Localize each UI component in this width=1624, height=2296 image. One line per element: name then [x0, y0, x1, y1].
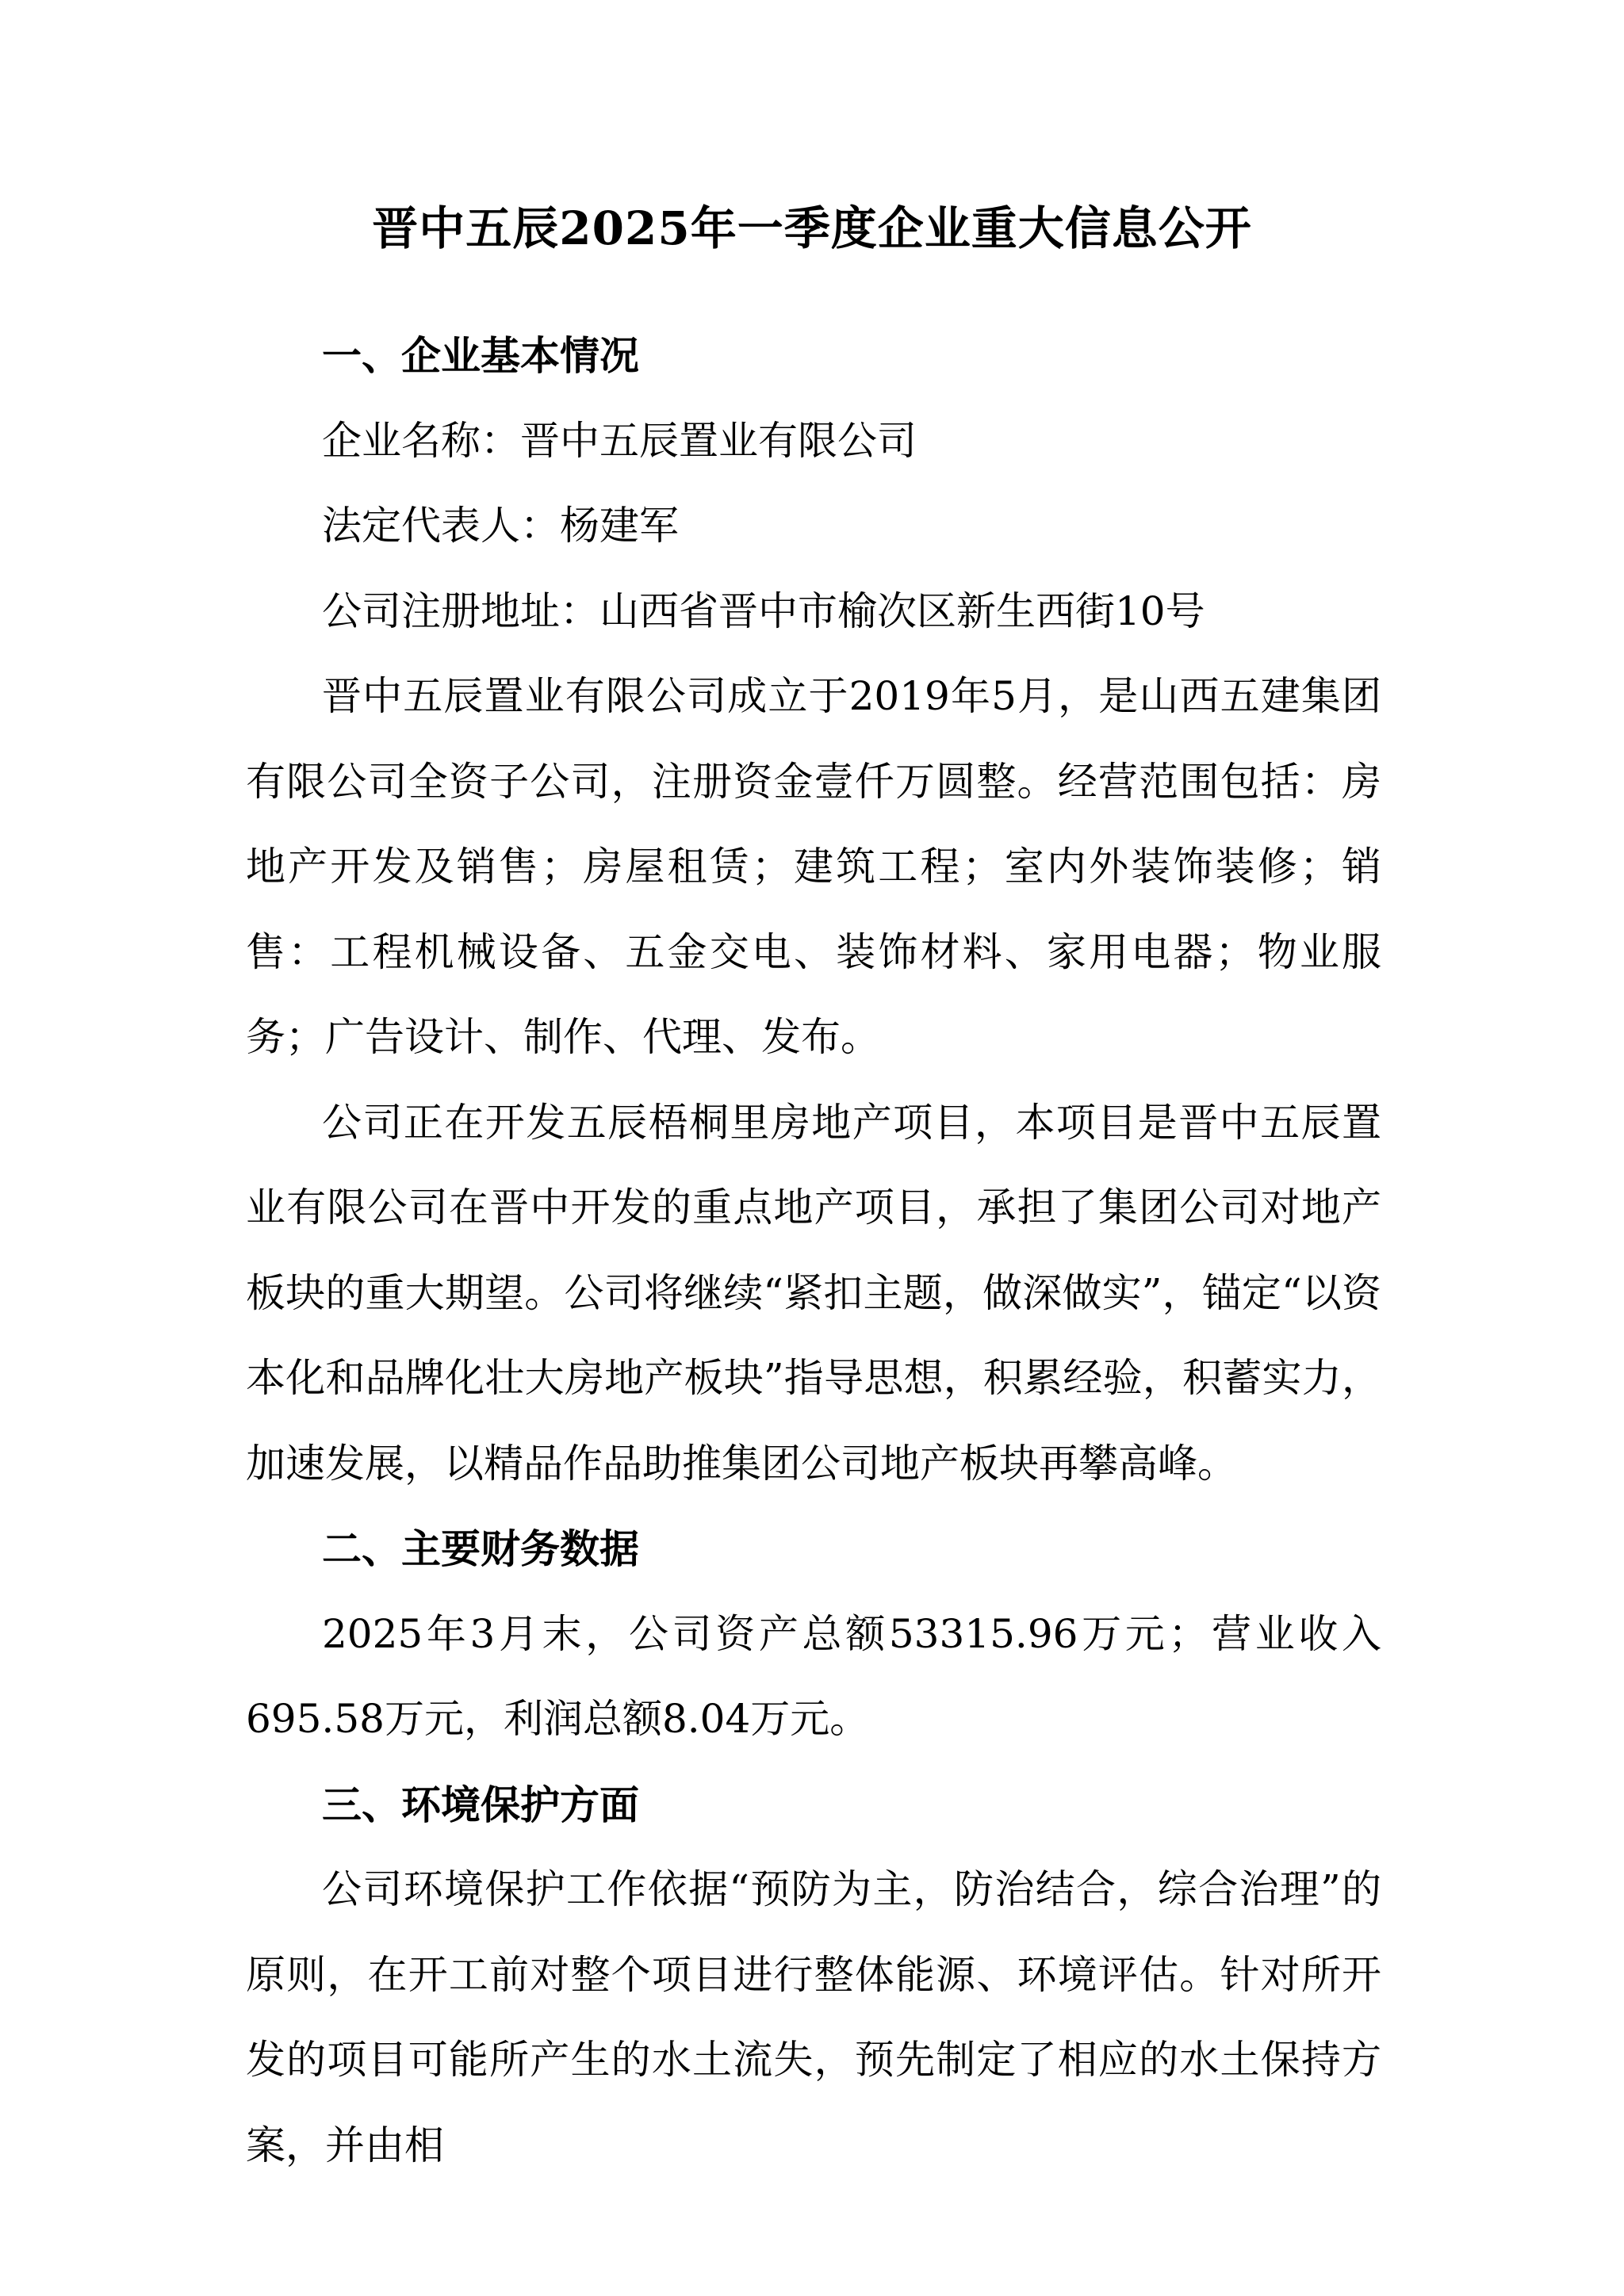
field-value: 晋中五辰置业有限公司 — [520, 418, 917, 464]
field-label: 企业名称： — [322, 418, 520, 464]
paragraph-environmental-protection: 公司环境保护工作依据“预防为主，防治结合，综合治理”的原则，在开工前对整个项目进… — [246, 1847, 1381, 2188]
paragraph-financial-figures: 2025年3月末，公司资产总额53315.96万元；营业收入695.58万元，利… — [246, 1592, 1381, 1762]
field-value: 杨建军 — [560, 503, 679, 549]
field-legal-representative: 法定代表人：杨建军 — [246, 484, 1381, 569]
paragraph-company-profile: 晋中五辰置业有限公司成立于2019年5月，是山西五建集团有限公司全资子公司，注册… — [246, 654, 1381, 1081]
section-heading-financial-data: 二、主要财务数据 — [246, 1506, 1381, 1592]
page-title: 晋中五辰2025年一季度企业重大信息公开 — [0, 197, 1624, 260]
field-registered-address: 公司注册地址：山西省晋中市榆次区新生西街10号 — [246, 569, 1381, 655]
document-page: 晋中五辰2025年一季度企业重大信息公开 一、企业基本情况 企业名称：晋中五辰置… — [0, 0, 1624, 2296]
field-company-name: 企业名称：晋中五辰置业有限公司 — [246, 399, 1381, 484]
field-label: 法定代表人： — [322, 503, 560, 549]
paragraph-project-description: 公司正在开发五辰梧桐里房地产项目，本项目是晋中五辰置业有限公司在晋中开发的重点地… — [246, 1081, 1381, 1507]
section-heading-basic-info: 一、企业基本情况 — [246, 313, 1381, 399]
document-body: 一、企业基本情况 企业名称：晋中五辰置业有限公司 法定代表人：杨建军 公司注册地… — [246, 313, 1381, 2188]
field-label: 公司注册地址： — [322, 588, 599, 634]
field-value: 山西省晋中市榆次区新生西街10号 — [599, 588, 1205, 634]
section-heading-environmental-protection: 三、环境保护方面 — [246, 1762, 1381, 1848]
